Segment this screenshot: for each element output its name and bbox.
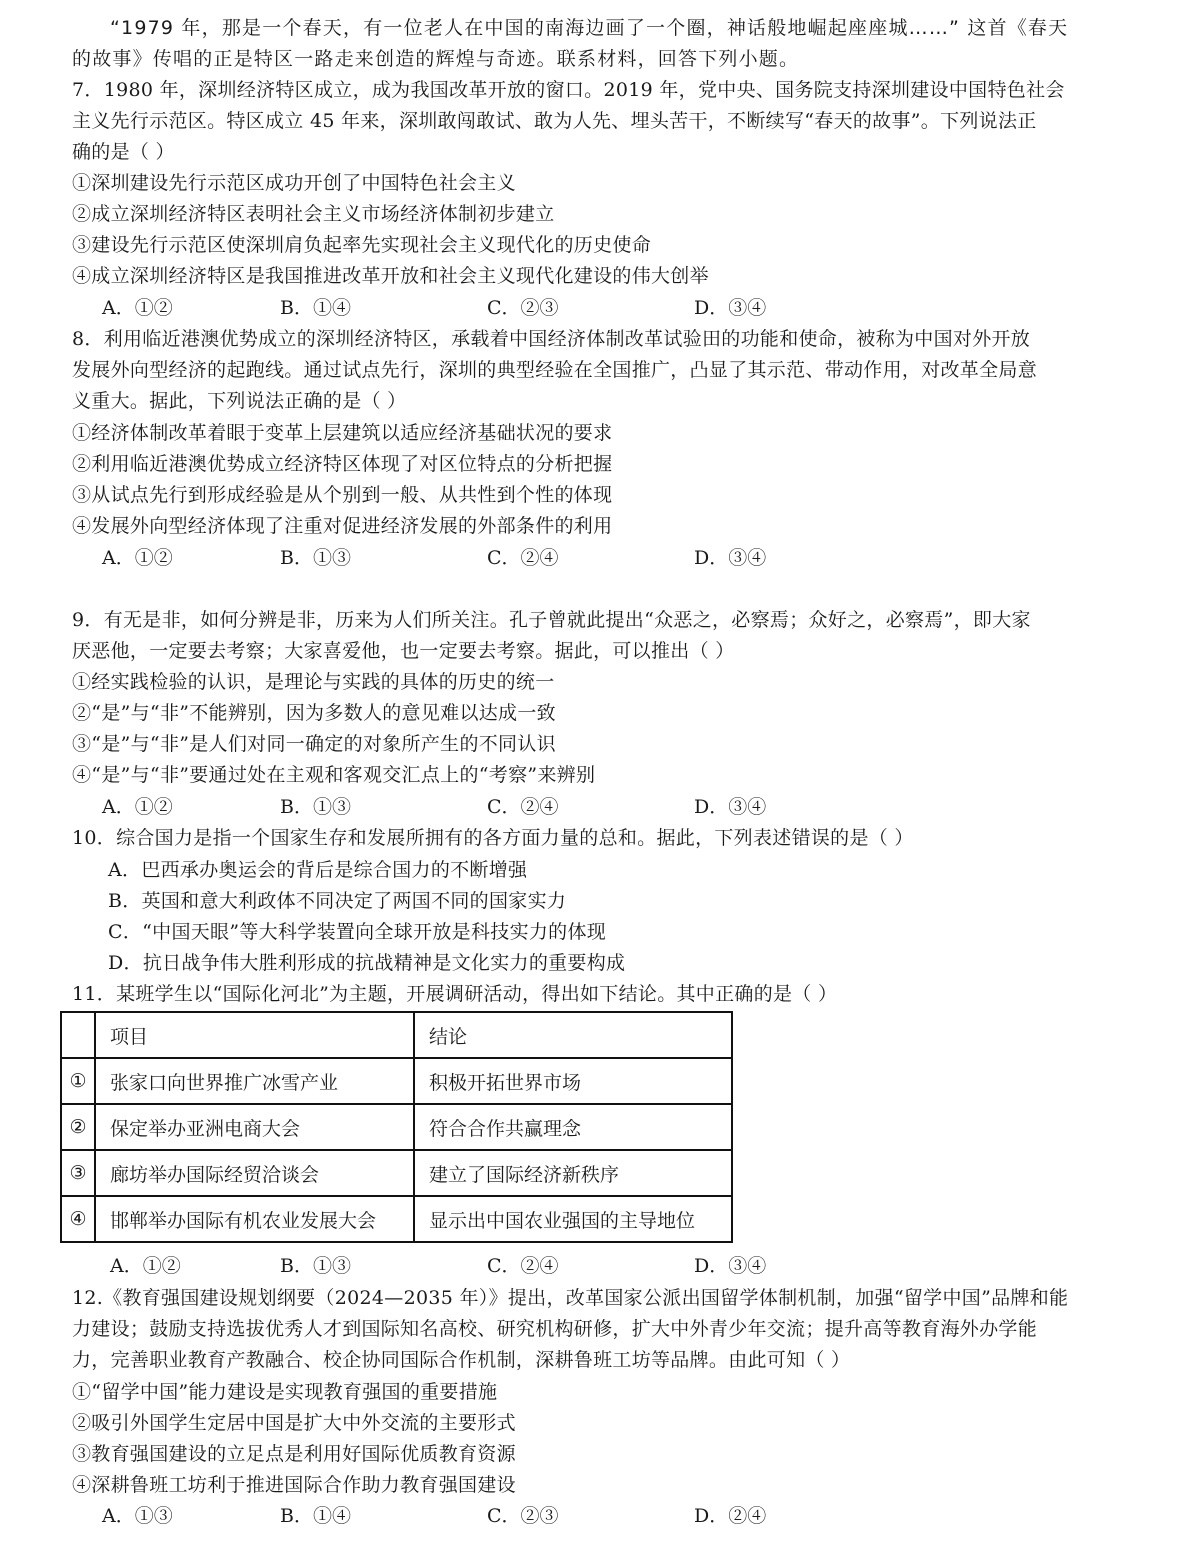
statement-4: ④成立深圳经济特区是我国推进改革开放和社会主义现代化建设的伟大创举 [72, 261, 709, 292]
statement-1: ①“留学中国”能力建设是实现教育强国的重要措施 [72, 1377, 497, 1408]
option-a[interactable]: A．①② [102, 543, 173, 574]
table-cell: 显示出中国农业强国的主导地位 [414, 1196, 732, 1242]
statement-3: ③从试点先行到形成经验是从个别到一般、从共性到个性的体现 [72, 480, 612, 511]
option-b[interactable]: B．①③ [280, 543, 351, 574]
table-cell: 积极开拓世界市场 [414, 1058, 732, 1104]
statement-3: ③“是”与“非”是人们对同一确定的对象所产生的不同认识 [72, 729, 556, 760]
statement-1: ①经济体制改革着眼于变革上层建筑以适应经济基础状况的要求 [72, 418, 612, 449]
table-header-cell: 项目 [95, 1012, 414, 1058]
choice-a[interactable]: A．巴西承办奥运会的背后是综合国力的不断增强 [108, 855, 527, 886]
table-cell: 廊坊举办国际经贸洽谈会 [95, 1150, 414, 1196]
question-stem: 义重大。据此，下列说法正确的是（ ） [72, 386, 406, 417]
table-header-cell [61, 1012, 95, 1058]
statement-2: ②利用临近港澳优势成立经济特区体现了对区位特点的分析把握 [72, 449, 612, 480]
option-c[interactable]: C．②③ [487, 1501, 559, 1532]
option-a[interactable]: A．①② [110, 1251, 181, 1282]
choice-b[interactable]: B．英国和意大利政体不同决定了两国不同的国家实力 [108, 886, 566, 917]
statement-4: ④深耕鲁班工坊利于推进国际合作助力教育强国建设 [72, 1470, 516, 1501]
question-stem: 7．1980 年，深圳经济特区成立，成为我国改革开放的窗口。2019 年，党中央… [72, 75, 1065, 106]
question-stem: 力，完善职业教育产教融合、校企协同国际合作机制，深耕鲁班工坊等品牌。由此可知（ … [72, 1345, 850, 1376]
option-d[interactable]: D．③④ [694, 293, 766, 324]
statement-4: ④“是”与“非”要通过处在主观和客观交汇点上的“考察”来辨别 [72, 760, 595, 791]
question-stem: 厌恶他，一定要去考察；大家喜爱他，也一定要去考察。据此，可以推出（ ） [72, 636, 735, 667]
intro-line-2: 的故事》传唱的正是特区一路走来创造的辉煌与奇迹。联系材料，回答下列小题。 [72, 44, 799, 75]
statement-3: ③教育强国建设的立足点是利用好国际优质教育资源 [72, 1439, 516, 1470]
option-c[interactable]: C．②③ [487, 293, 559, 324]
table-row: ② 保定举办亚洲电商大会 符合合作共赢理念 [61, 1104, 732, 1150]
question-stem: 12.《教育强国建设规划纲要（2024—2035 年）》提出，改革国家公派出国留… [72, 1283, 1068, 1314]
table-header-row: 项目 结论 [61, 1012, 732, 1058]
statement-2: ②“是”与“非”不能辨别，因为多数人的意见难以达成一致 [72, 698, 556, 729]
question-stem: 发展外向型经济的起跑线。通过试点先行，深圳的典型经验在全国推广，凸显了其示范、带… [72, 355, 1037, 386]
table-cell: ④ [61, 1196, 95, 1242]
question-stem: 9．有无是非，如何分辨是非，历来为人们所关注。孔子曾就此提出“众恶之，必察焉；众… [72, 605, 1031, 636]
table-cell: ② [61, 1104, 95, 1150]
question-stem: 力建设；鼓励支持选拔优秀人才到国际知名高校、研究机构研修，扩大中外青少年交流；提… [72, 1314, 1037, 1345]
option-d[interactable]: D．②④ [694, 1501, 766, 1532]
option-a[interactable]: A．①② [102, 792, 173, 823]
statement-3: ③建设先行示范区使深圳肩负起率先实现社会主义现代化的历史使命 [72, 230, 651, 261]
table-row: ④ 邯郸举办国际有机农业发展大会 显示出中国农业强国的主导地位 [61, 1196, 732, 1242]
intro-line-1: “1979 年，那是一个春天，有一位老人在中国的南海边画了一个圈，神话般地崛起座… [110, 13, 1068, 44]
table-cell: ③ [61, 1150, 95, 1196]
table-header-cell: 结论 [414, 1012, 732, 1058]
question-stem: 确的是（ ） [72, 137, 175, 168]
survey-table: 项目 结论 ① 张家口向世界推广冰雪产业 积极开拓世界市场 ② 保定举办亚洲电商… [60, 1011, 733, 1243]
table-row: ① 张家口向世界推广冰雪产业 积极开拓世界市场 [61, 1058, 732, 1104]
option-d[interactable]: D．③④ [694, 792, 766, 823]
statement-2: ②吸引外国学生定居中国是扩大中外交流的主要形式 [72, 1408, 516, 1439]
table-cell: 张家口向世界推广冰雪产业 [95, 1058, 414, 1104]
option-d[interactable]: D．③④ [694, 1251, 766, 1282]
option-c[interactable]: C．②④ [487, 543, 559, 574]
question-stem: 主义先行示范区。特区成立 45 年来，深圳敢闯敢试、敢为人先、埋头苦干，不断续写… [72, 106, 1037, 137]
question-stem: 10．综合国力是指一个国家生存和发展所拥有的各方面力量的总和。据此，下列表述错误… [72, 823, 914, 854]
table-cell: 建立了国际经济新秩序 [414, 1150, 732, 1196]
table-row: ③ 廊坊举办国际经贸洽谈会 建立了国际经济新秩序 [61, 1150, 732, 1196]
option-c[interactable]: C．②④ [487, 792, 559, 823]
option-b[interactable]: B．①④ [280, 1501, 351, 1532]
option-c[interactable]: C．②④ [487, 1251, 559, 1282]
option-d[interactable]: D．③④ [694, 543, 766, 574]
option-a[interactable]: A．①③ [102, 1501, 173, 1532]
table-cell: 邯郸举办国际有机农业发展大会 [95, 1196, 414, 1242]
statement-1: ①深圳建设先行示范区成功开创了中国特色社会主义 [72, 168, 516, 199]
statement-4: ④发展外向型经济体现了注重对促进经济发展的外部条件的利用 [72, 511, 612, 542]
option-a[interactable]: A．①② [102, 293, 173, 324]
question-stem: 11．某班学生以“国际化河北”为主题，开展调研活动，得出如下结论。其中正确的是（… [72, 979, 837, 1010]
option-b[interactable]: B．①③ [280, 792, 351, 823]
option-b[interactable]: B．①④ [280, 293, 351, 324]
table-cell: 保定举办亚洲电商大会 [95, 1104, 414, 1150]
question-stem: 8．利用临近港澳优势成立的深圳经济特区，承载着中国经济体制改革试验田的功能和使命… [72, 324, 1030, 355]
table-cell: ① [61, 1058, 95, 1104]
table-cell: 符合合作共赢理念 [414, 1104, 732, 1150]
statement-1: ①经实践检验的认识，是理论与实践的具体的历史的统一 [72, 667, 555, 698]
option-b[interactable]: B．①③ [280, 1251, 351, 1282]
choice-d[interactable]: D．抗日战争伟大胜利形成的抗战精神是文化实力的重要构成 [108, 948, 625, 979]
statement-2: ②成立深圳经济特区表明社会主义市场经济体制初步建立 [72, 199, 555, 230]
choice-c[interactable]: C．“中国天眼”等大科学装置向全球开放是科技实力的体现 [108, 917, 606, 948]
